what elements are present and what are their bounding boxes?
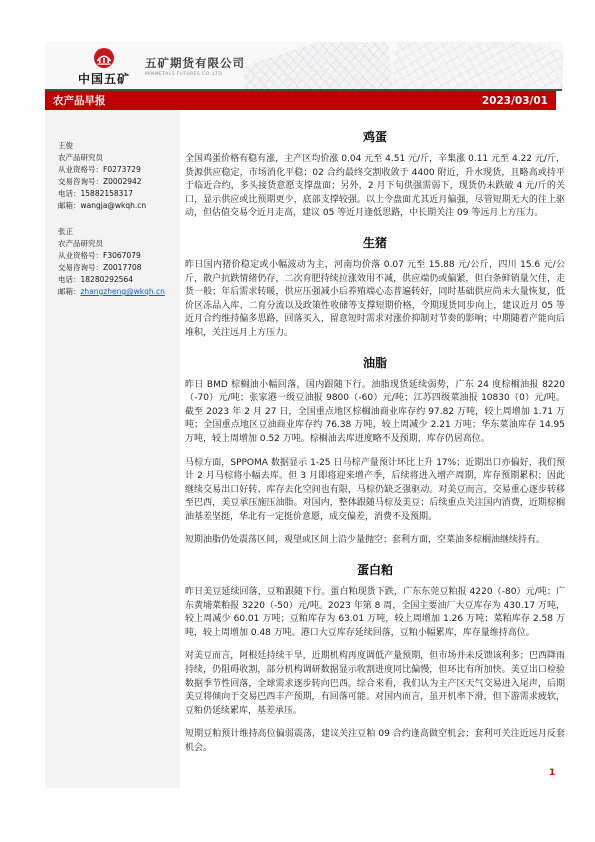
company-name-cn: 五矿期货有限公司: [145, 55, 245, 71]
field-label: 邮箱：: [58, 287, 81, 296]
section-oils: 油脂 昨日 BMD 棕榈油小幅回落，国内跟随下行。油脂现货延续弱势，广东 24 …: [185, 354, 565, 549]
report-page: 中国五矿 五矿期货有限公司 MINMETALS FUTURES CO.,LTD …: [0, 0, 595, 842]
analyst-field: 交易咨询号：Z0017708: [58, 262, 174, 274]
analyst-field: 从业资格号：F3067079: [58, 250, 174, 262]
report-body: 鸡蛋 全国鸡蛋价格有稳有涨，主产区均价涨 0.04 元至 4.51 元/斤，辛集…: [185, 115, 565, 766]
section-paragraph: 昨日 BMD 棕榈油小幅回落，国内跟随下行。油脂现货延续弱势，广东 24 度棕榈…: [185, 379, 565, 447]
company-logo: 中国五矿: [73, 47, 135, 87]
analyst-sidebar: 王俊 农产品研究员 从业资格号：F0273729 交易咨询号：Z0002942 …: [45, 110, 180, 788]
analyst-card: 张正 农产品研究员 从业资格号：F3067079 交易咨询号：Z0017708 …: [58, 226, 174, 298]
section-title: 鸡蛋: [185, 128, 565, 145]
analyst-title: 农产品研究员: [58, 152, 174, 164]
field-label: 邮箱：: [58, 201, 81, 210]
section-title: 油脂: [185, 354, 565, 371]
analyst-field: 从业资格号：F0273729: [58, 164, 174, 176]
analyst-field: 电话：18280292564: [58, 274, 174, 286]
building-watermark: [233, 42, 563, 90]
analyst-field: 邮箱：zhangzheng@wkqh.cn: [58, 286, 174, 298]
field-value: 15882158317: [81, 189, 134, 198]
analyst-card: 王俊 农产品研究员 从业资格号：F0273729 交易咨询号：Z0002942 …: [58, 140, 174, 212]
analyst-field: 交易咨询号：Z0002942: [58, 176, 174, 188]
analyst-name: 张正: [58, 226, 174, 238]
field-label: 交易咨询号：: [58, 263, 103, 272]
section-hogs: 生猪 昨日国内猪价稳定或小幅波动为主，河南均价落 0.07 元至 15.88 元…: [185, 234, 565, 341]
section-paragraph: 短期豆粕预计维持高位偏弱震荡，建议关注豆粕 09 合约逢高做空机会；套利可关注近…: [185, 728, 565, 755]
analyst-field: 邮箱：wangja@wkqh.cn: [58, 200, 174, 212]
section-paragraph: 马棕方面，SPPOMA 数据显示 1-25 日马棕产量预计环比上升 17%；近期…: [185, 457, 565, 525]
report-date: 2023/03/01: [482, 95, 548, 107]
section-paragraph: 昨日美豆延续回落，豆粕跟随下行。蛋白粕现货下跌，广东东莞豆粕报 4220（-80…: [185, 586, 565, 640]
section-title: 蛋白粕: [185, 561, 565, 578]
field-value: Z0017708: [103, 263, 142, 272]
email-link[interactable]: zhangzheng@wkqh.cn: [81, 287, 165, 296]
field-label: 交易咨询号：: [58, 177, 103, 186]
field-value: F3067079: [103, 251, 141, 260]
section-paragraph: 短期油脂仍处震荡区间，观望或区间上沿少量抛空；套利方面，空菜油多棕榈油继续持有。: [185, 534, 565, 548]
section-title: 生猪: [185, 234, 565, 251]
field-label: 电话：: [58, 275, 81, 284]
section-paragraph: 昨日国内猪价稳定或小幅波动为主，河南均价落 0.07 元至 15.88 元/公斤…: [185, 259, 565, 341]
section-paragraph: 全国鸡蛋价格有稳有涨，主产区均价涨 0.04 元至 4.51 元/斤，辛集涨 0…: [185, 153, 565, 221]
section-protein-meal: 蛋白粕 昨日美豆延续回落，豆粕跟随下行。蛋白粕现货下跌，广东东莞豆粕报 4220…: [185, 561, 565, 756]
title-banner: 农产品早报 2023/03/01: [45, 91, 556, 110]
company-name-en: MINMETALS FUTURES CO.,LTD: [145, 72, 245, 77]
field-value: Z0002942: [103, 177, 142, 186]
field-label: 电话：: [58, 189, 81, 198]
company-name-block: 五矿期货有限公司 MINMETALS FUTURES CO.,LTD: [145, 55, 245, 77]
section-paragraph: 对美豆而言，阿根廷持续干旱，近期机构再度调低产量预期，但市场并未反馈该利多；巴西…: [185, 650, 565, 718]
building-watermark-right: [391, 42, 563, 90]
section-eggs: 鸡蛋 全国鸡蛋价格有稳有涨，主产区均价涨 0.04 元至 4.51 元/斤，辛集…: [185, 128, 565, 221]
analyst-field: 电话：15882158317: [58, 188, 174, 200]
report-title: 农产品早报: [53, 93, 106, 108]
logo-brand-text: 中国五矿: [73, 70, 135, 87]
analyst-title: 农产品研究员: [58, 238, 174, 250]
analyst-name: 王俊: [58, 140, 174, 152]
header: 中国五矿 五矿期货有限公司 MINMETALS FUTURES CO.,LTD: [45, 42, 563, 90]
building-watermark-left: [243, 42, 393, 90]
minmetals-emblem-icon: [93, 47, 115, 69]
field-label: 从业资格号：: [58, 251, 103, 260]
field-label: 从业资格号：: [58, 165, 103, 174]
page-number: 1: [549, 768, 555, 778]
field-value: 18280292564: [81, 275, 134, 284]
field-value: F0273729: [103, 165, 141, 174]
field-value: wangja@wkqh.cn: [81, 201, 147, 210]
